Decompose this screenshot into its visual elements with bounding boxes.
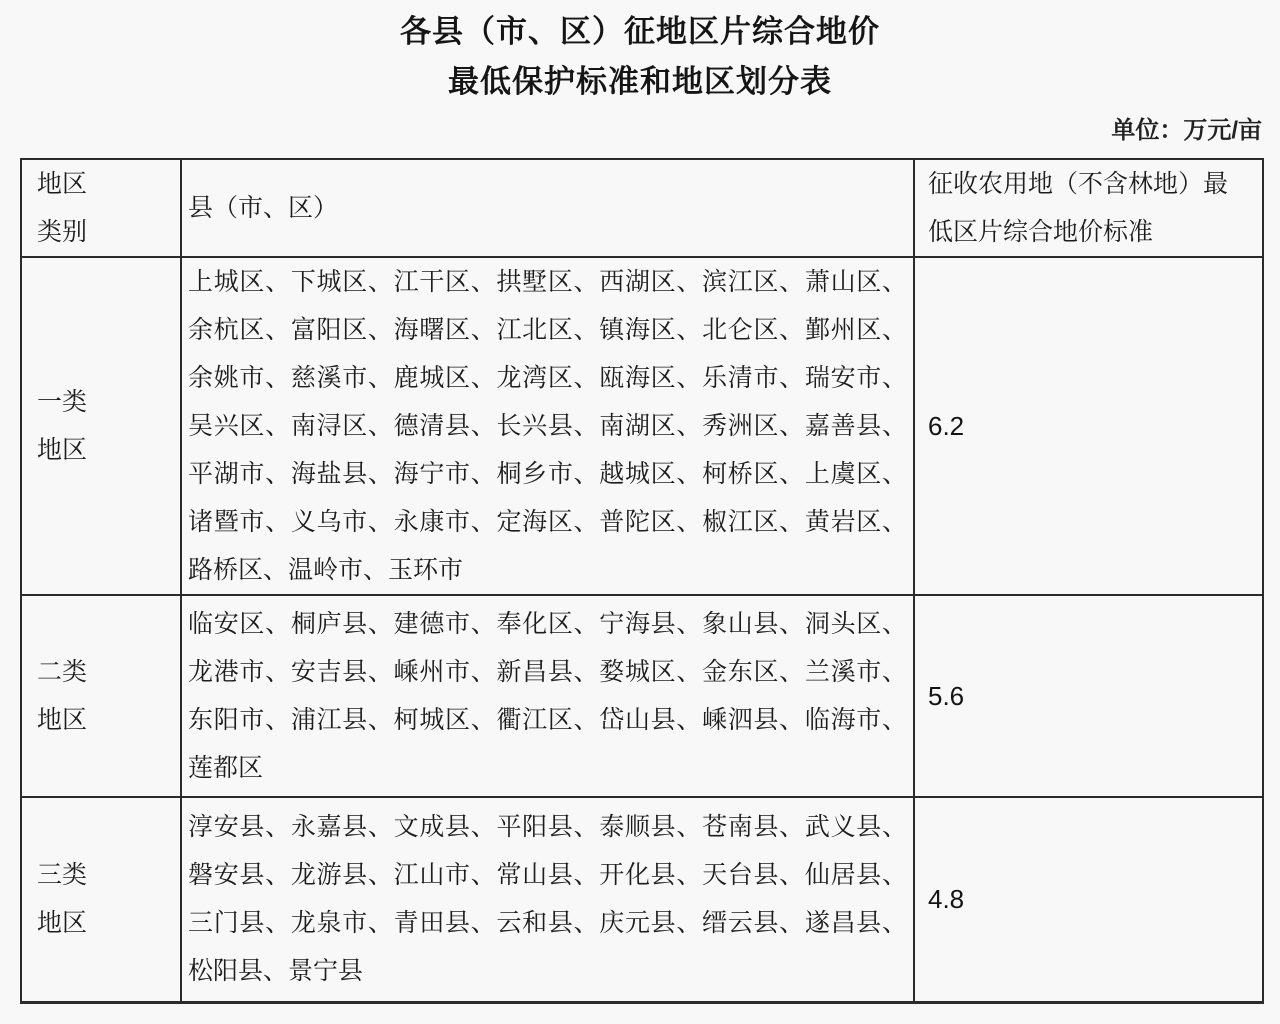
text-line: 吴兴区、南浔区、德清县、长兴县、南湖区、秀洲区、嘉善县、 bbox=[188, 402, 907, 450]
price-cell: 5.6 bbox=[914, 595, 1263, 797]
text-line: 莲都区 bbox=[188, 744, 907, 792]
county-list-cell: 上城区、下城区、江干区、拱墅区、西湖区、滨江区、萧山区、余杭区、富阳区、海曙区、… bbox=[181, 257, 914, 595]
text-line: 东阳市、浦江县、柯城区、衢江区、岱山县、嵊泗县、临海市、 bbox=[188, 696, 907, 744]
text-line: 诸暨市、义乌市、永康市、定海区、普陀区、椒江区、黄岩区、 bbox=[188, 498, 907, 546]
text-line: 征收农用地（不含林地）最 bbox=[928, 160, 1262, 208]
text-line: 磐安县、龙游县、江山市、常山县、开化县、天台县、仙居县、 bbox=[188, 851, 907, 899]
text-line: 低区片综合地价标准 bbox=[928, 208, 1262, 256]
text-line: 地区 bbox=[37, 160, 180, 208]
text-line: 余姚市、慈溪市、鹿城区、龙湾区、瓯海区、乐清市、瑞安市、 bbox=[188, 354, 907, 402]
text-line: 地区 bbox=[37, 426, 180, 474]
unit-label: 单位：万元/亩 bbox=[1111, 117, 1262, 144]
text-line: 地区 bbox=[37, 899, 180, 947]
header-county-label: 县（市、区） bbox=[188, 184, 907, 232]
text-line: 余杭区、富阳区、海曙区、江北区、镇海区、北仑区、鄞州区、 bbox=[188, 306, 907, 354]
header-cell-price: 征收农用地（不含林地）最低区片综合地价标准 bbox=[914, 159, 1263, 257]
header-cell-county: 县（市、区） bbox=[181, 159, 914, 257]
table-row: 三类地区 淳安县、永嘉县、文成县、平阳县、泰顺县、苍南县、武义县、磐安县、龙游县… bbox=[21, 797, 1263, 1002]
text-line: 二类 bbox=[37, 648, 180, 696]
text-line: 龙港市、安吉县、嵊州市、新昌县、婺城区、金东区、兰溪市、 bbox=[188, 648, 907, 696]
text-line: 路桥区、温岭市、玉环市 bbox=[188, 546, 907, 594]
text-line: 上城区、下城区、江干区、拱墅区、西湖区、滨江区、萧山区、 bbox=[188, 258, 907, 306]
category-cell: 三类地区 bbox=[21, 797, 181, 1002]
header-cell-category: 地区类别 bbox=[21, 159, 181, 257]
text-line: 三门县、龙泉市、青田县、云和县、庆元县、缙云县、遂昌县、 bbox=[188, 899, 907, 947]
unit-row: 单位：万元/亩 bbox=[0, 110, 1280, 145]
text-line: 平湖市、海盐县、海宁市、桐乡市、越城区、柯桥区、上虞区、 bbox=[188, 450, 907, 498]
text-line: 淳安县、永嘉县、文成县、平阳县、泰顺县、苍南县、武义县、 bbox=[188, 803, 907, 851]
text-line: 松阳县、景宁县 bbox=[188, 947, 907, 995]
table-header-row: 地区类别 县（市、区） 征收农用地（不含林地）最低区片综合地价标准 bbox=[21, 159, 1263, 257]
text-line: 三类 bbox=[37, 851, 180, 899]
page-title-line-2: 最低保护标准和地区划分表 bbox=[0, 57, 1280, 107]
page-title-line-1: 各县（市、区）征地区片综合地价 bbox=[0, 7, 1280, 57]
price-cell: 6.2 bbox=[914, 257, 1263, 595]
land-price-table: 地区类别 县（市、区） 征收农用地（不含林地）最低区片综合地价标准 一类地区 上… bbox=[20, 158, 1264, 1004]
category-cell: 二类地区 bbox=[21, 595, 181, 797]
document-page: 各县（市、区）征地区片综合地价 最低保护标准和地区划分表 单位：万元/亩 地区类… bbox=[0, 0, 1280, 1024]
county-list-cell: 淳安县、永嘉县、文成县、平阳县、泰顺县、苍南县、武义县、磐安县、龙游县、江山市、… bbox=[181, 797, 914, 1002]
text-line: 地区 bbox=[37, 696, 180, 744]
table-row: 二类地区 临安区、桐庐县、建德市、奉化区、宁海县、象山县、洞头区、龙港市、安吉县… bbox=[21, 595, 1263, 797]
category-cell: 一类地区 bbox=[21, 257, 181, 595]
county-list-cell: 临安区、桐庐县、建德市、奉化区、宁海县、象山县、洞头区、龙港市、安吉县、嵊州市、… bbox=[181, 595, 914, 797]
table-row: 一类地区 上城区、下城区、江干区、拱墅区、西湖区、滨江区、萧山区、余杭区、富阳区… bbox=[21, 257, 1263, 595]
text-line: 类别 bbox=[37, 208, 180, 256]
text-line: 临安区、桐庐县、建德市、奉化区、宁海县、象山县、洞头区、 bbox=[188, 600, 907, 648]
price-cell: 4.8 bbox=[914, 797, 1263, 1002]
text-line: 一类 bbox=[37, 378, 180, 426]
page-title: 各县（市、区）征地区片综合地价 最低保护标准和地区划分表 bbox=[0, 7, 1280, 107]
